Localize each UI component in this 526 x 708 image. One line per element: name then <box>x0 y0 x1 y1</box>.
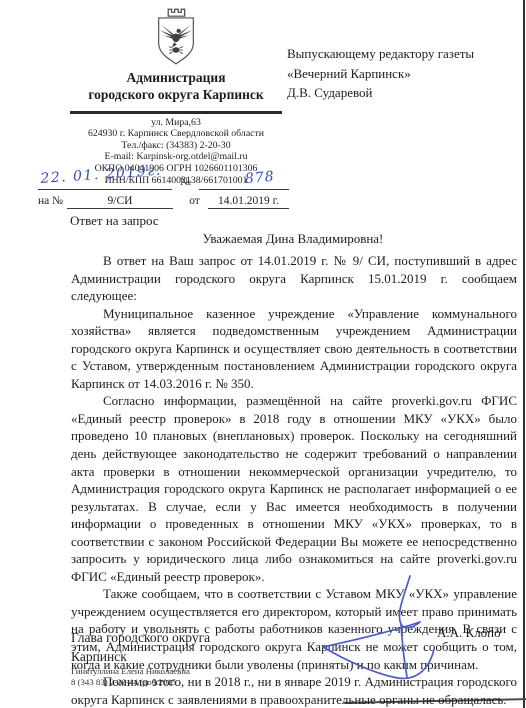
body-paragraph: Согласно информации, размещённой на сайт… <box>71 392 517 585</box>
recipient-line2: «Вечерний Карпинск» <box>287 64 519 84</box>
incoming-date-field: 14.01.2019 г. <box>208 195 289 209</box>
recipient-line3: Д.В. Сударевой <box>287 83 519 103</box>
scanned-letter-page: Администрация городского округа Карпинск… <box>0 0 526 708</box>
address-line: E-mail: Karpinsk-org.otdel@mail.ru <box>40 151 312 163</box>
signer-position-line2: Карпинск <box>71 648 210 667</box>
scan-edge-line <box>523 0 525 708</box>
handwritten-date: 22. 01. 2019г. <box>40 163 162 187</box>
outgoing-date-field: 22. 01. 2019г. <box>38 167 172 190</box>
org-name-line1: Администрация <box>40 70 312 87</box>
na-number-label: на № <box>38 195 67 209</box>
address-line: ул. Мира,63 <box>40 117 312 129</box>
salutation: Уважаемая Дина Владимировна! <box>70 231 516 247</box>
executor-block: Гинятуллина Елена Николаевна 8 (343 83) … <box>71 666 190 687</box>
outgoing-ref-row: 22. 01. 2019г. № 878 <box>38 168 289 190</box>
incoming-ref-row: на № 9/СИ от 14.01.2019 г. <box>38 191 289 209</box>
address-line: 624930 г. Карпинск Свердловской области <box>40 128 312 140</box>
handwritten-number: 878 <box>244 169 275 188</box>
body-paragraph: Муниципальное казенное учреждение «Управ… <box>71 305 517 393</box>
executor-phone: 8 (343 83) 2-20-44 (доб.2015 <box>71 677 190 688</box>
recipient-line1: Выпускающему редактору газеты <box>287 44 519 64</box>
ot-label: от <box>181 195 208 209</box>
incoming-number-field: 9/СИ <box>67 195 173 209</box>
subject-line: Ответ на запрос <box>70 213 159 229</box>
org-name: Администрация городского округа Карпинск <box>40 70 312 103</box>
outgoing-number-field: 878 <box>199 167 289 190</box>
reference-block: 22. 01. 2019г. № 878 на № 9/СИ от 14.01.… <box>38 168 289 209</box>
signer-position: Глава городского округа Карпинск <box>71 629 210 666</box>
sender-header: Администрация городского округа Карпинск… <box>40 6 312 186</box>
header-divider <box>70 111 282 114</box>
executor-name: Гинятуллина Елена Николаевна <box>71 666 190 677</box>
signer-position-line1: Глава городского округа <box>71 629 210 648</box>
coat-of-arms-emblem <box>150 6 202 68</box>
org-name-line2: городского округа Карпинск <box>40 87 312 104</box>
body-paragraph: В ответ на Ваш запрос от 14.01.2019 г. №… <box>71 252 517 305</box>
address-line: Тел./факс: (34383) 2-20-30 <box>40 140 312 152</box>
signer-name: А.А. Клопо <box>437 625 501 641</box>
recipient-block: Выпускающему редактору газеты «Вечерний … <box>287 44 519 103</box>
number-sign-label: № <box>172 176 199 190</box>
